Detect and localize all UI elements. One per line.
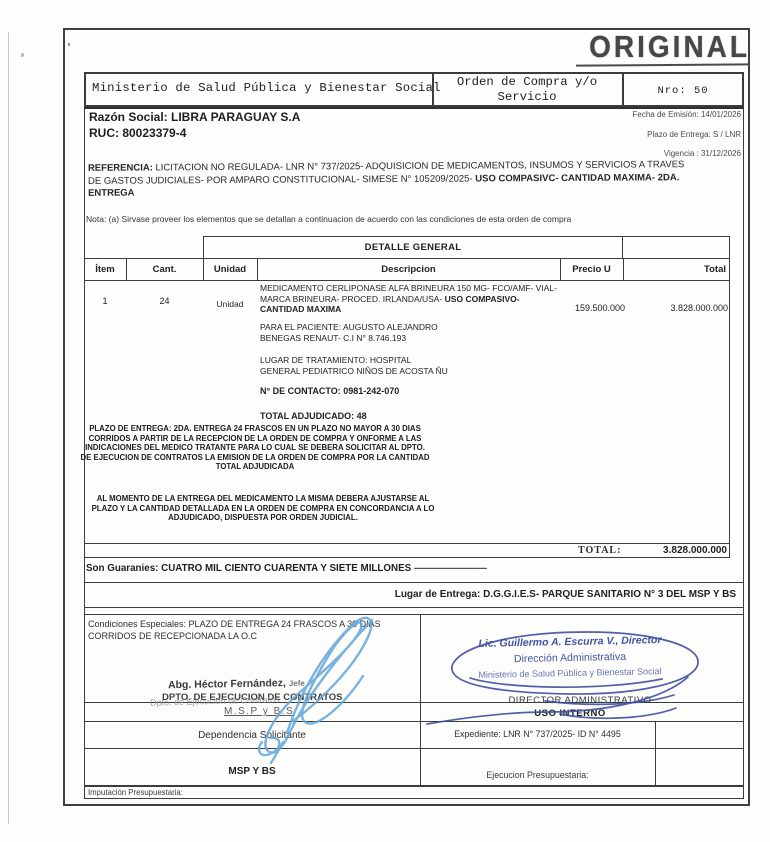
left-signer-name: Abg. Héctor Fernández, Jefe [168, 677, 305, 691]
condiciones-divider [420, 614, 421, 721]
col-header-total: Total [623, 264, 726, 275]
col-header-cant: Cant. [126, 264, 203, 275]
uso-interno-label: USO INTERNO [470, 708, 670, 719]
ruc: RUC: 80023379-4 [89, 126, 186, 140]
col-header-unidad: Unidad [203, 264, 257, 275]
imputacion-presupuestaria: Imputación Presupuestaria: [88, 788, 183, 797]
bottom-divider-sub [655, 721, 656, 786]
amount-words-text: Son Guaranies: CUATRO MIL CIENTO CUARENT… [86, 563, 414, 574]
total-value: 3.828.000.000 [630, 545, 727, 556]
total-adjudicado: TOTAL ADJUDICADO: 48 [260, 411, 367, 421]
dependencia-solicitante: Dependencia Solicitante [84, 730, 420, 741]
row-precio-unitario: 159.500.000 [545, 303, 625, 313]
scanned-purchase-order: { "stamp": { "original": "ORIGINAL" }, "… [0, 0, 770, 842]
left-signer-role: Jefe [289, 679, 305, 688]
bottom-row-line [84, 748, 744, 749]
ministry-title: Ministerio de Salud Pública y Bienestar … [92, 81, 428, 95]
doc-type-title: Orden de Compra y/o Servicio [452, 75, 602, 105]
amount-in-words: Son Guaranies: CUATRO MIL CIENTO CUARENT… [86, 563, 486, 574]
amount-words-dashes: -------------------------------- [414, 563, 486, 574]
doc-number: Nro: 50 [622, 85, 744, 97]
referencia-label: REFERENCIA: [88, 162, 153, 173]
col-header-descripcion: Descripcion [257, 264, 560, 275]
entrega-ajuste-paragraph: AL MOMENTO DE LA ENTREGA DEL MEDICAMENTO… [84, 494, 442, 523]
detalle-band-empty-cell [622, 236, 730, 259]
referencia-paragraph: REFERENCIA: LICITACION NO REGULADA- LNR … [88, 159, 688, 200]
plazo-entrega: Plazo de Entrega: S / LNR [581, 130, 741, 139]
msp-y-bs: MSP Y BS [84, 766, 420, 777]
row-cant: 24 [126, 296, 203, 306]
row-unidad: Unidad [203, 299, 257, 309]
left-signer-name-text: Abg. Héctor Fernández, [168, 677, 286, 691]
contact-line: N° DE CONTACTO: 0981-242-070 [260, 386, 399, 396]
table-header-bottom-line [84, 280, 730, 281]
total-row-line [84, 543, 730, 544]
treatment-line-1: LUGAR DE TRATAMIENTO: HOSPITAL [260, 355, 411, 365]
nota-line: Nota: (a) Sirvase proveer los elementos … [86, 214, 706, 224]
original-stamp: ORIGINAL [568, 29, 750, 64]
scan-speck [20, 53, 24, 58]
total-label: TOTAL: [578, 545, 621, 556]
razon-social: Razón Social: LIBRA PARAGUAY S.A [89, 110, 300, 124]
lugar-entrega-text: Lugar de Entrega: D.G.G.I.E.S- PARQUE SA… [240, 589, 736, 600]
col-header-precio: Precio U [560, 264, 623, 275]
row-total-value: 3.828.000.000 [640, 303, 728, 313]
scan-edge-line [8, 32, 9, 824]
col-header-item: Ítem [84, 264, 126, 275]
treatment-line-2: GENERAL PEDIATRICO NIÑOS DE ACOSTA ÑU [260, 366, 448, 376]
ejecucion-presupuestaria: Ejecucion Presupuestaria: [420, 770, 655, 780]
expediente: Expediente: LNR N° 737/2025- ID N° 4495 [420, 729, 655, 739]
detalle-band-title: DETALLE GENERAL [203, 242, 623, 253]
patient-line-2: BENEGAS RENAUT- C.I N° 8.746.193 [260, 333, 406, 343]
patient-line-1: PARA EL PACIENTE: AUGUSTO ALEJANDRO [260, 322, 438, 332]
plazo-entrega-paragraph: PLAZO DE ENTREGA: 2DA. ENTREGA 24 FRASCO… [80, 424, 430, 472]
right-signer-title: DIRECTOR ADMINISTRATIVO [460, 695, 700, 706]
fecha-emision: Fecha de Emisión: 14/01/2026 [581, 110, 741, 119]
left-signer-org: M.S.P y B.S [224, 706, 294, 717]
row-item: 1 [84, 296, 126, 306]
imputacion-box [84, 786, 744, 799]
vigencia: Vigencia : 31/12/2026 [581, 149, 741, 158]
row-description: MEDICAMENTO CERLIPONASE ALFA BRINEURA 15… [260, 283, 560, 315]
condiciones-text: Condiciones Especiales: PLAZO DE ENTREGA… [88, 619, 418, 642]
